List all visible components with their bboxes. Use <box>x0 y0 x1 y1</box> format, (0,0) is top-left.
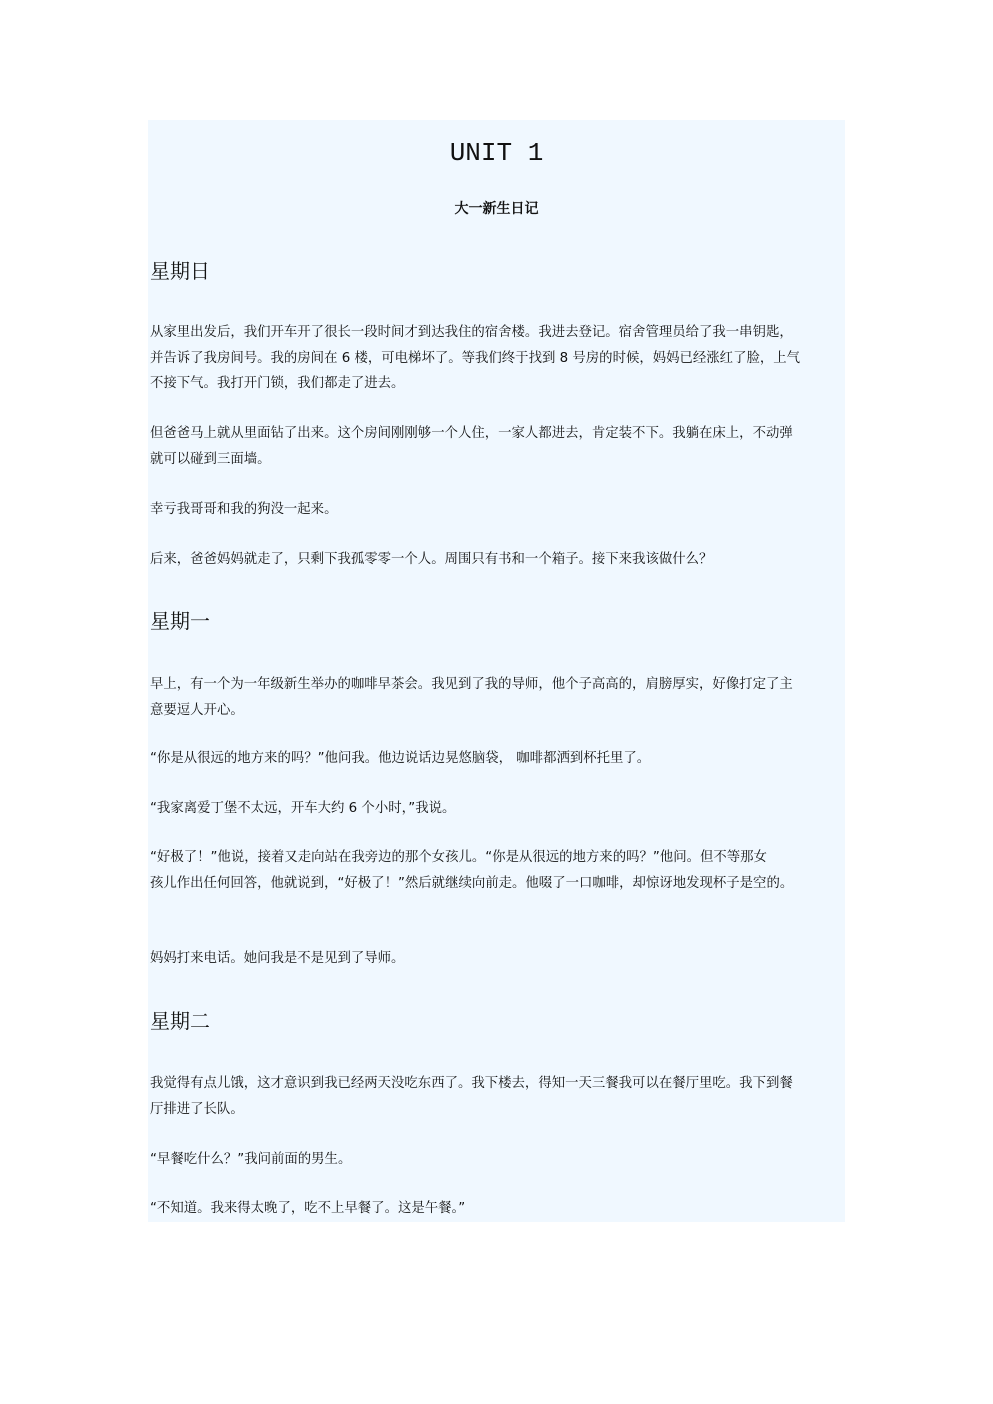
text-line: 幸亏我哥哥和我的狗没一起来。 <box>150 497 840 523</box>
text-line: 妈妈打来电话。她问我是不是见到了导师。 <box>150 946 840 972</box>
document-page: UNIT 1 大一新生日记 星期日 从家里出发后，我们开车开了很长一段时间才到达… <box>148 120 845 1222</box>
section-heading-sunday: 星期日 <box>150 259 210 283</box>
paragraph: “不知道。我来得太晚了，吃不上早餐了。这是午餐。” <box>150 1196 840 1222</box>
text-line: 但爸爸马上就从里面钻了出来。这个房间刚刚够一个人住，一家人都进去，肯定装不下。我… <box>150 421 840 447</box>
text-line: 厅排进了长队。 <box>150 1097 840 1123</box>
paragraph: 从家里出发后，我们开车开了很长一段时间才到达我住的宿舍楼。我进去登记。宿舍管理员… <box>150 320 840 397</box>
text-line: 就可以碰到三面墙。 <box>150 447 840 473</box>
paragraph: 但爸爸马上就从里面钻了出来。这个房间刚刚够一个人住，一家人都进去，肯定装不下。我… <box>150 421 840 472</box>
unit-title: UNIT 1 <box>148 138 845 168</box>
text-line: “我家离爱丁堡不太远，开车大约 6 个小时，”我说。 <box>150 796 840 822</box>
paragraph: 早上，有一个为一年级新生举办的咖啡早茶会。我见到了我的导师，他个子高高的，肩膀厚… <box>150 672 840 723</box>
text-line: “早餐吃什么？”我问前面的男生。 <box>150 1147 840 1173</box>
text-line: “不知道。我来得太晚了，吃不上早餐了。这是午餐。” <box>150 1196 840 1222</box>
text-line: “你是从很远的地方来的吗？”他问我。他边说话边晃悠脑袋， 咖啡都洒到杯托里了。 <box>150 746 840 772</box>
paragraph: “早餐吃什么？”我问前面的男生。 <box>150 1147 840 1173</box>
text-line: 孩儿作出任何回答，他就说到，“好极了！”然后就继续向前走。他啜了一口咖啡，却惊讶… <box>150 871 840 897</box>
paragraph: “我家离爱丁堡不太远，开车大约 6 个小时，”我说。 <box>150 796 840 822</box>
paragraph: 妈妈打来电话。她问我是不是见到了导师。 <box>150 946 840 972</box>
text-line: 后来，爸爸妈妈就走了，只剩下我孤零零一个人。周围只有书和一个箱子。接下来我该做什… <box>150 547 840 573</box>
paragraph: “好极了！”他说，接着又走向站在我旁边的那个女孩儿。“你是从很远的地方来的吗？”… <box>150 845 840 896</box>
paragraph: 幸亏我哥哥和我的狗没一起来。 <box>150 497 840 523</box>
text-line: 意要逗人开心。 <box>150 698 840 724</box>
document-subtitle: 大一新生日记 <box>148 200 845 218</box>
text-line: 早上，有一个为一年级新生举办的咖啡早茶会。我见到了我的导师，他个子高高的，肩膀厚… <box>150 672 840 698</box>
text-line: 从家里出发后，我们开车开了很长一段时间才到达我住的宿舍楼。我进去登记。宿舍管理员… <box>150 320 840 346</box>
paragraph: 后来，爸爸妈妈就走了，只剩下我孤零零一个人。周围只有书和一个箱子。接下来我该做什… <box>150 547 840 573</box>
paragraph: 我觉得有点儿饿，这才意识到我已经两天没吃东西了。我下楼去，得知一天三餐我可以在餐… <box>150 1071 840 1122</box>
section-heading-monday: 星期一 <box>150 609 210 633</box>
text-line: “好极了！”他说，接着又走向站在我旁边的那个女孩儿。“你是从很远的地方来的吗？”… <box>150 845 840 871</box>
text-line: 并告诉了我房间号。我的房间在 6 楼，可电梯坏了。等我们终于找到 8 号房的时候… <box>150 346 840 372</box>
section-heading-tuesday: 星期二 <box>150 1009 210 1033</box>
text-line: 我觉得有点儿饿，这才意识到我已经两天没吃东西了。我下楼去，得知一天三餐我可以在餐… <box>150 1071 840 1097</box>
text-line: 不接下气。我打开门锁，我们都走了进去。 <box>150 371 840 397</box>
paragraph: “你是从很远的地方来的吗？”他问我。他边说话边晃悠脑袋， 咖啡都洒到杯托里了。 <box>150 746 840 772</box>
